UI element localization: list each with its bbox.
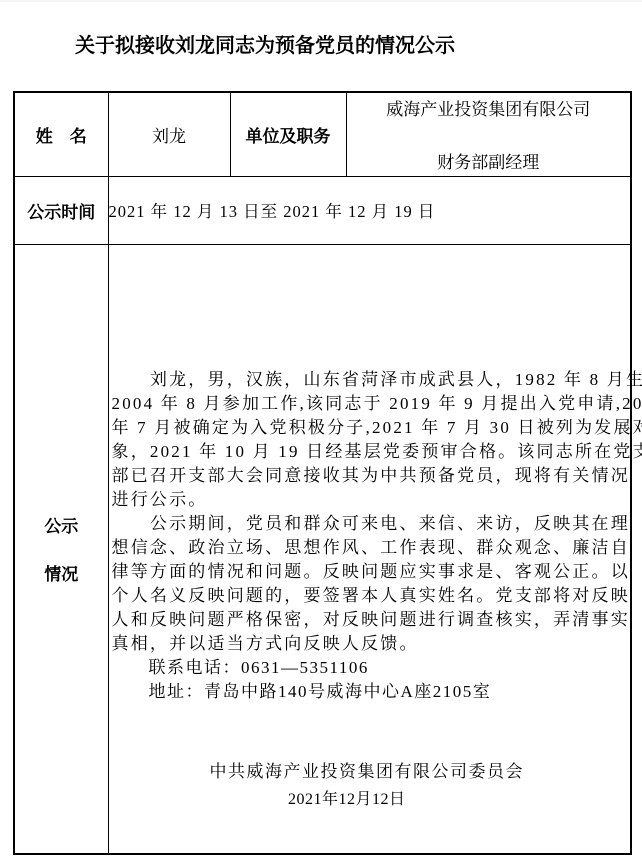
name-label: 姓 名 <box>14 92 108 176</box>
header-row: 姓 名 刘龙 单位及职务 威海产业投资集团有限公司 财务部副经理 <box>14 92 631 176</box>
signature-date: 2021年12月12日 <box>112 788 623 812</box>
situation-label-line1: 公示 <box>44 512 78 537</box>
contact-phone: 联系电话：0631—5351106 <box>112 656 623 680</box>
situation-label-cell: 公示 情况 <box>14 244 108 854</box>
contact-address: 地址：青岛中路140号威海中心A座2105室 <box>112 680 623 704</box>
publicity-time-label: 公示时间 <box>14 176 108 244</box>
unit-title-value-cell: 威海产业投资集团有限公司 财务部副经理 <box>346 92 631 176</box>
page-title: 关于拟接收刘龙同志为预备党员的情况公示 <box>75 29 455 58</box>
unit-value-line1: 威海产业投资集团有限公司 <box>386 95 590 120</box>
unit-title-label: 单位及职务 <box>230 92 346 176</box>
announcement-table: 姓 名 刘龙 单位及职务 威海产业投资集团有限公司 财务部副经理 公示时间 20… <box>13 91 632 855</box>
name-value: 刘龙 <box>108 92 230 176</box>
situation-label-line2: 情况 <box>44 560 78 585</box>
unit-value-line2: 财务部副经理 <box>437 148 539 173</box>
publicity-time-value: 2021 年 12 月 13 日至 2021 年 12 月 19 日 <box>108 176 631 244</box>
signature-committee: 中共威海产业投资集团有限公司委员会 <box>112 760 623 784</box>
announcement-page: 关于拟接收刘龙同志为预备党员的情况公示 姓 名 刘龙 单位及职务 威海产业投资集… <box>0 0 642 867</box>
situation-row: 公示 情况 刘龙，男，汉族，山东省菏泽市成武县人，1982 年 8 月生， 20… <box>14 244 631 854</box>
publicity-time-row: 公示时间 2021 年 12 月 13 日至 2021 年 12 月 19 日 <box>14 176 631 244</box>
announcement-body: 刘龙，男，汉族，山东省菏泽市成武县人，1982 年 8 月生， 2004 年 8… <box>112 368 623 656</box>
situation-content-cell: 刘龙，男，汉族，山东省菏泽市成武县人，1982 年 8 月生， 2004 年 8… <box>108 244 631 854</box>
